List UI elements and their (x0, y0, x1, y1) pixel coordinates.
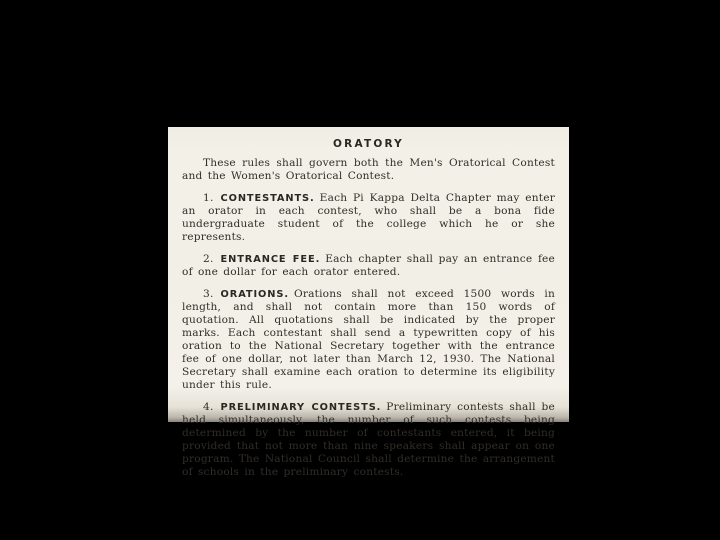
section-3-body: Orations shall not exceed 1500 words in … (182, 288, 555, 391)
page-title: ORATORY (182, 138, 555, 150)
section-4-number: 4. (203, 401, 214, 413)
intro-paragraph: These rules shall govern both the Men's … (182, 157, 555, 183)
section-1-number: 1. (203, 192, 214, 204)
scanned-document-page: ORATORY These rules shall govern both th… (168, 127, 569, 422)
section-3-number: 3. (203, 288, 214, 300)
section-2-heading: ENTRANCE FEE. (221, 254, 321, 265)
section-2-paragraph: 2.ENTRANCE FEE.Each chapter shall pay an… (182, 253, 555, 279)
section-2-number: 2. (203, 253, 214, 265)
section-4-heading: PRELIMINARY CONTESTS. (221, 402, 382, 413)
section-3-paragraph: 3.ORATIONS.Orations shall not exceed 150… (182, 288, 555, 392)
section-3-heading: ORATIONS. (221, 289, 289, 300)
section-1-paragraph: 1.CONTESTANTS.Each Pi Kappa Delta Chapte… (182, 192, 555, 244)
black-backdrop: ORATORY These rules shall govern both th… (0, 0, 720, 540)
section-1-heading: CONTESTANTS. (221, 193, 315, 204)
section-4-paragraph: 4.PRELIMINARY CONTESTS.Preliminary conte… (182, 401, 555, 479)
